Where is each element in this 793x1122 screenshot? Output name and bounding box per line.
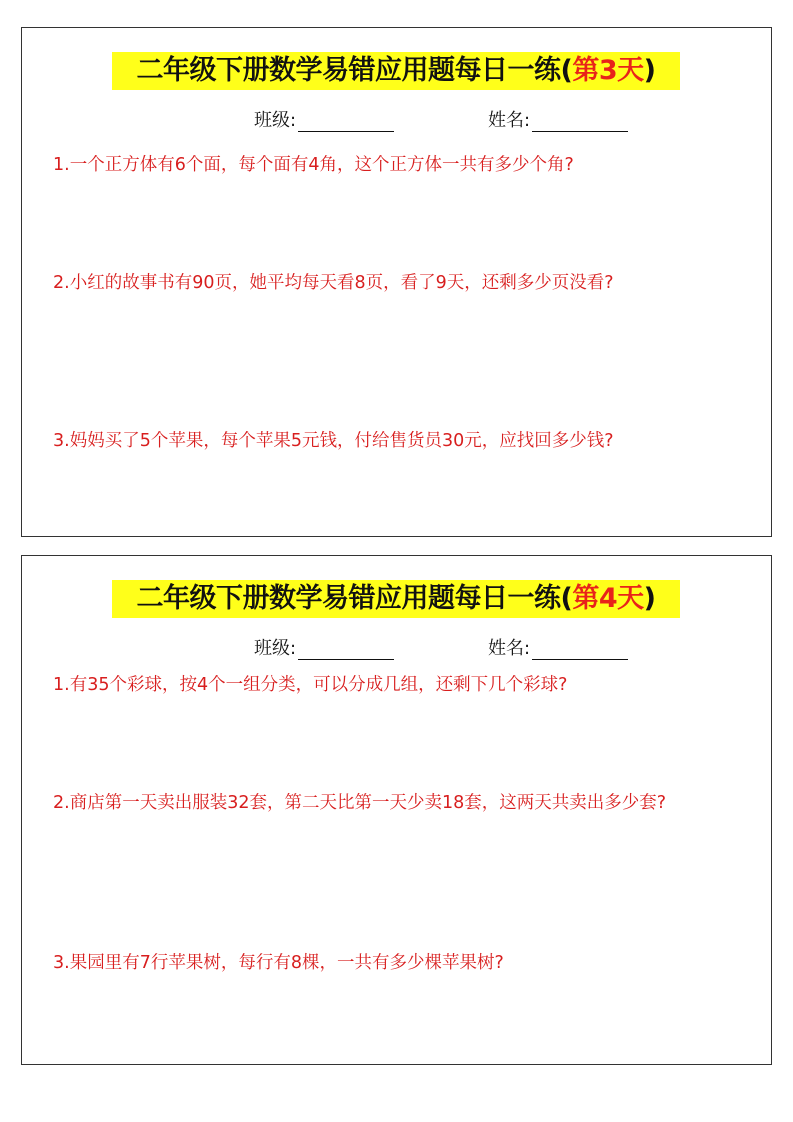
name-blank (532, 113, 628, 132)
class-label: 班级: (254, 110, 296, 131)
name-blank (532, 641, 628, 660)
title-main: 二年级下册数学易错应用题每日一练( (137, 55, 573, 86)
question-2: 2.小红的故事书有90页，她平均每天看8页，看了9天，还剩多少页没看? (53, 266, 743, 301)
question-1: 1.有35个彩球，按4个一组分类，可以分成几组，还剩下几个彩球? (53, 668, 743, 703)
worksheet-title: 二年级下册数学易错应用题每日一练(第4天) (112, 580, 680, 618)
worksheet-title: 二年级下册数学易错应用题每日一练(第3天) (112, 52, 680, 90)
question-2: 2.商店第一天卖出服装32套，第二天比第一天少卖18套，这两天共卖出多少套? (53, 786, 743, 821)
title-day: 第4天 (572, 583, 643, 614)
class-blank (298, 113, 394, 132)
student-info: 班级: 姓名: (22, 634, 771, 660)
worksheet-day-4: 二年级下册数学易错应用题每日一练(第4天) 班级: 姓名: 1.有35个彩球，按… (21, 555, 772, 1065)
title-close: ) (644, 583, 656, 614)
class-field: 班级: (254, 634, 394, 660)
title-main: 二年级下册数学易错应用题每日一练( (137, 583, 573, 614)
worksheet-day-3: 二年级下册数学易错应用题每日一练(第3天) 班级: 姓名: 1.一个正方体有6个… (21, 27, 772, 537)
name-label: 姓名: (488, 638, 530, 659)
name-field: 姓名: (488, 106, 628, 132)
class-label: 班级: (254, 638, 296, 659)
name-field: 姓名: (488, 634, 628, 660)
student-info: 班级: 姓名: (22, 106, 771, 132)
question-3: 3.妈妈买了5个苹果，每个苹果5元钱，付给售货员30元，应找回多少钱? (53, 424, 743, 459)
name-label: 姓名: (488, 110, 530, 131)
title-day: 第3天 (572, 55, 643, 86)
class-field: 班级: (254, 106, 394, 132)
question-3: 3.果园里有7行苹果树，每行有8棵，一共有多少棵苹果树? (53, 946, 743, 981)
title-close: ) (644, 55, 656, 86)
question-1: 1.一个正方体有6个面，每个面有4角，这个正方体一共有多少个角? (53, 148, 743, 183)
class-blank (298, 641, 394, 660)
